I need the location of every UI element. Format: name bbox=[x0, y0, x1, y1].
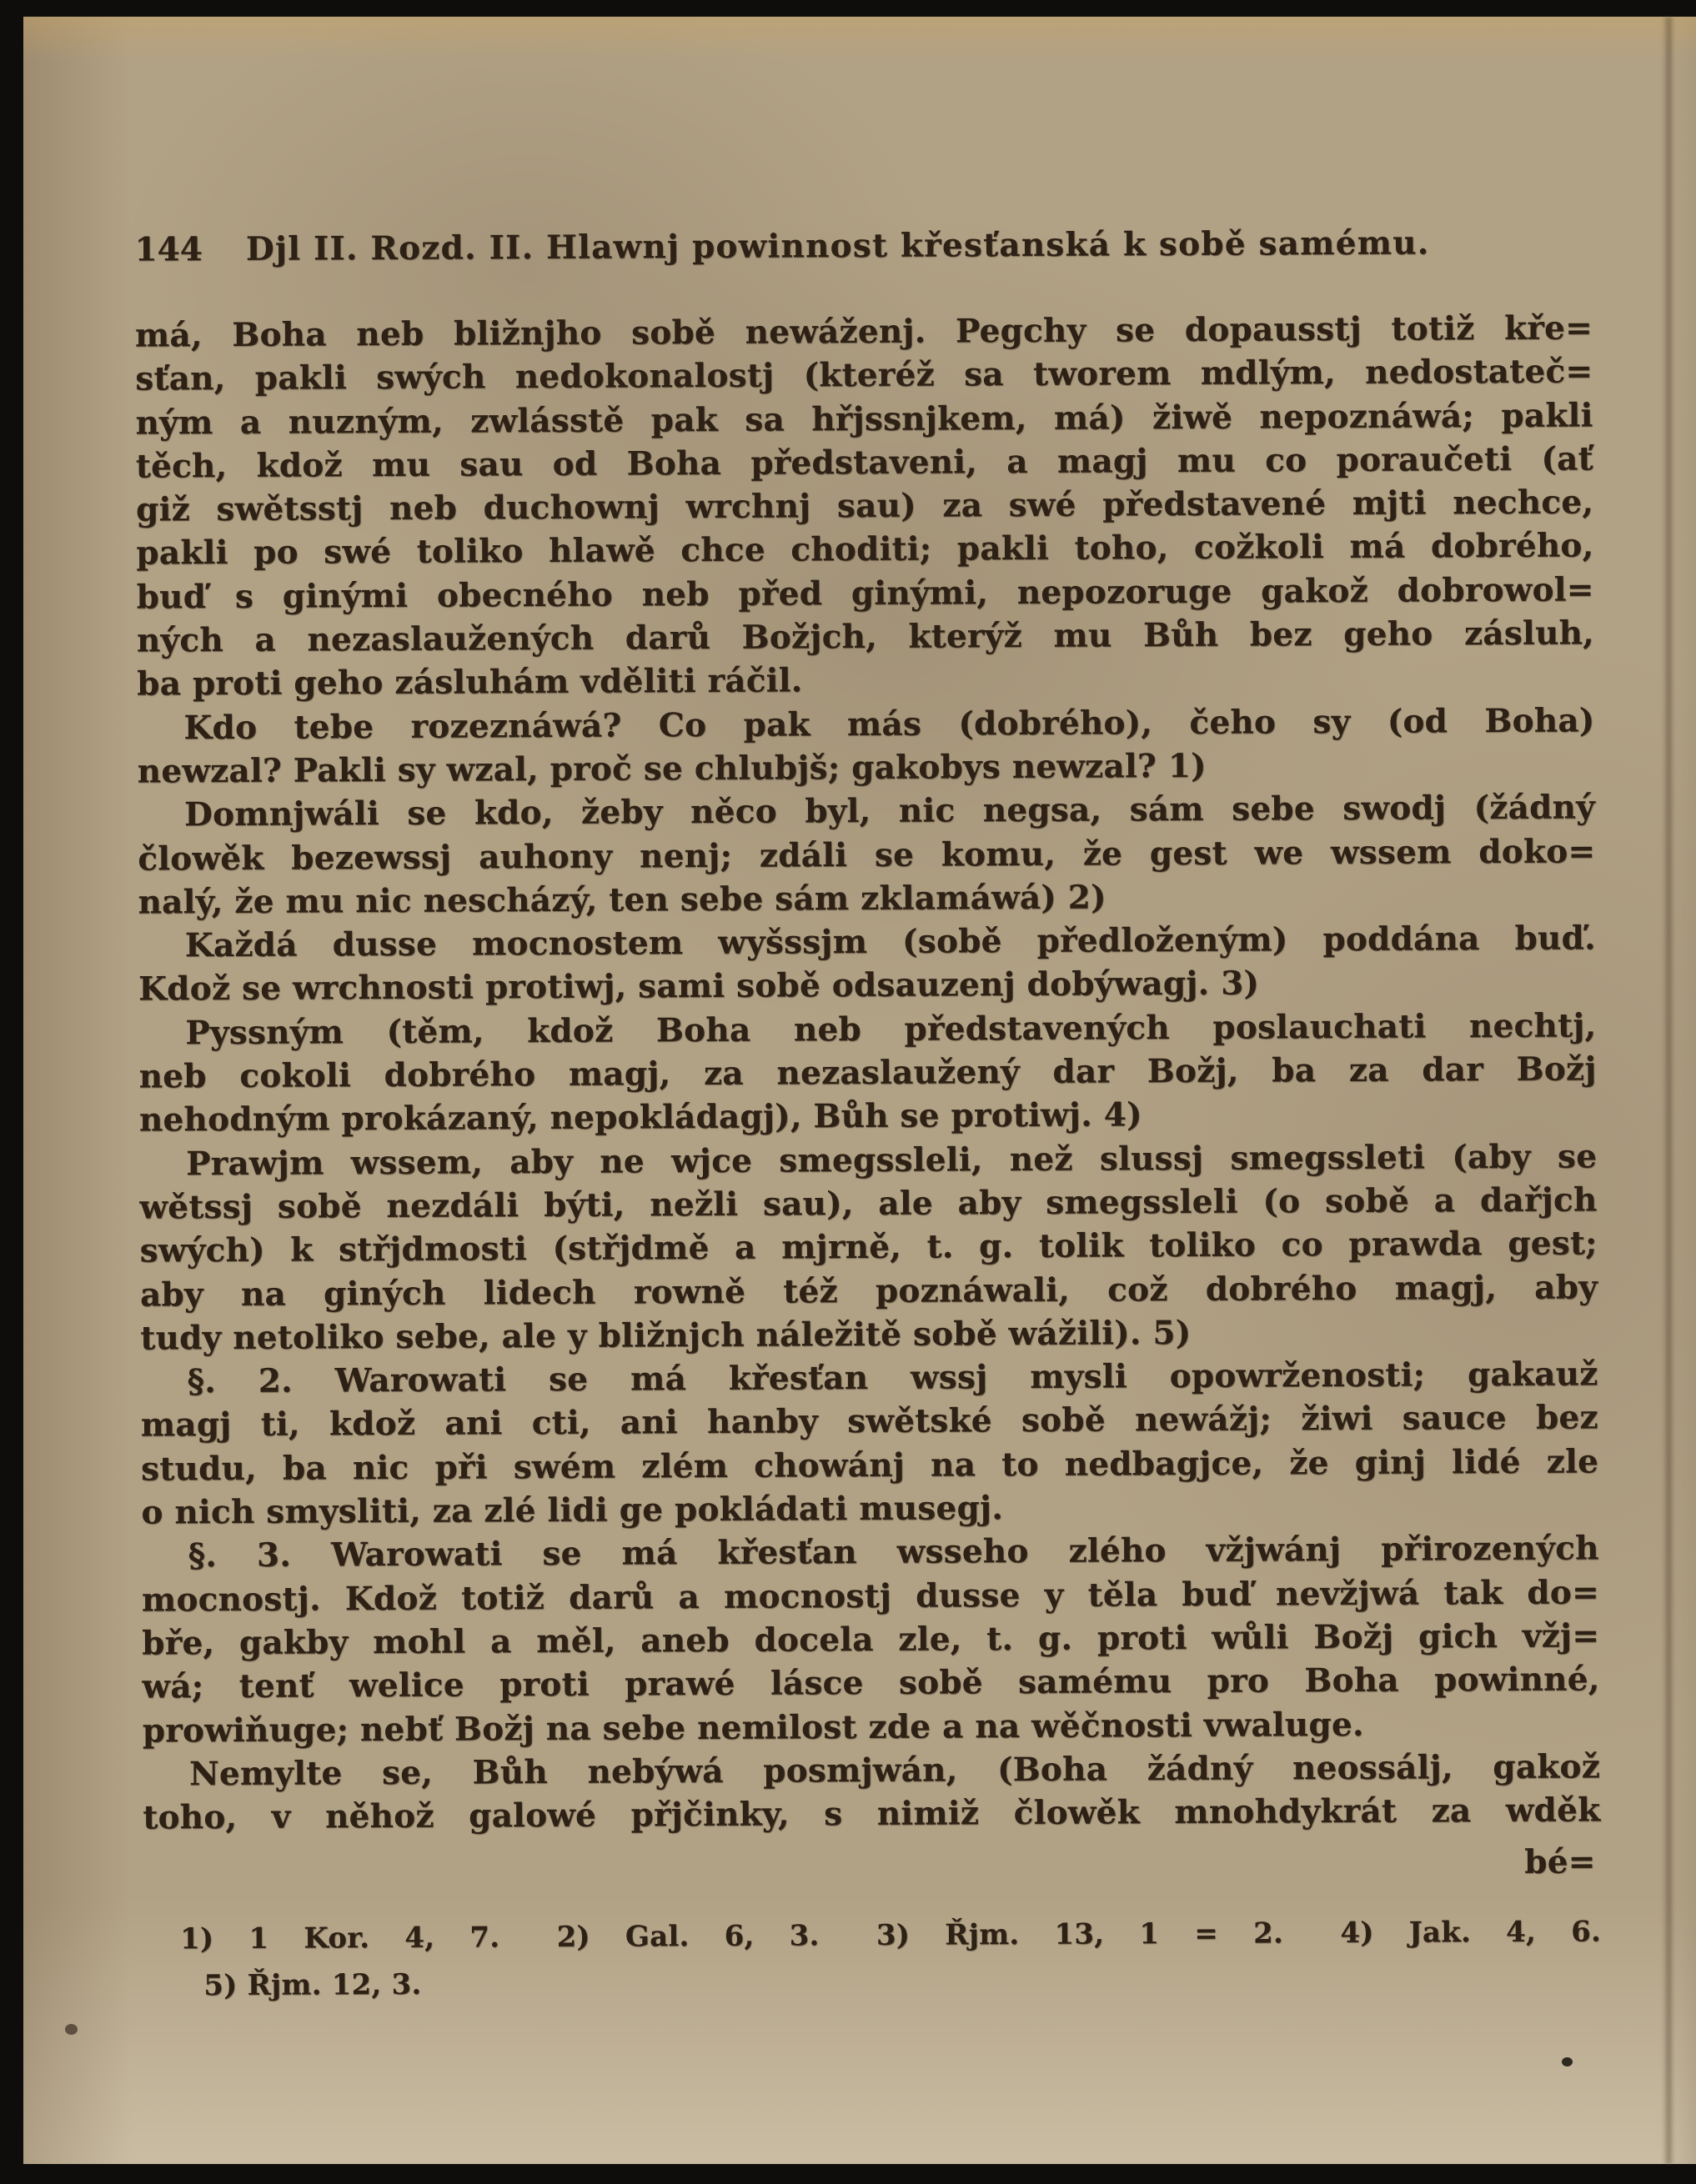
footnote-line: 1) 1 Kor. 4, 7. 2) Gal. 6, 3. 3) Řjm. 13… bbox=[143, 1909, 1601, 1963]
text-line: o nich smysliti, za zlé lidi ge pokládat… bbox=[141, 1483, 1598, 1534]
text-line: nehodným prokázaný, nepokládagj), Bůh se… bbox=[139, 1091, 1597, 1142]
running-header: 144 Djl II. Rozd. II. Hlawnj powinnost k… bbox=[134, 223, 1592, 268]
text-line: má, Boha neb bližnjho sobě newáženj. Peg… bbox=[135, 306, 1593, 357]
text-line: prowiňuge; nebť Božj na sebe nemilost zd… bbox=[143, 1701, 1600, 1752]
footnote-line: 5) Řjm. 12, 3. bbox=[143, 1956, 1601, 2010]
text-line: magj ti, kdož ani cti, ani hanby swětské… bbox=[141, 1396, 1598, 1447]
text-line: swých) k střjdmosti (střjdmě a mjrně, t.… bbox=[140, 1222, 1598, 1273]
text-line: §. 2. Warowati se má křesťan wssj mysli … bbox=[140, 1353, 1598, 1404]
text-block: má, Boha neb bližnjho sobě newáženj. Peg… bbox=[135, 306, 1602, 2010]
text-line: Kdo tebe rozeznáwá? Co pak más (dobrého)… bbox=[137, 699, 1594, 749]
text-line: wá; tenť welice proti prawé lásce sobě s… bbox=[142, 1658, 1599, 1709]
page-number: 144 bbox=[134, 230, 203, 268]
text-line: studu, ba nic při swém zlém chowánj na t… bbox=[141, 1440, 1598, 1490]
text-line: sťan, pakli swých nedokonalostj (kteréž … bbox=[135, 350, 1593, 401]
running-header-title: Djl II. Rozd. II. Hlawnj powinnost křesť… bbox=[246, 223, 1430, 268]
text-line: ných a nezaslaužených darů Božjch, který… bbox=[137, 611, 1594, 662]
text-line: Kdož se wrchnosti protiwj, sami sobě ods… bbox=[138, 960, 1596, 1011]
text-line: člowěk bezewssj auhony nenj; zdáli se ko… bbox=[138, 829, 1595, 880]
text-line: toho, v něhož galowé přjčinky, s nimiž č… bbox=[143, 1788, 1600, 1839]
footnotes: 1) 1 Kor. 4, 7. 2) Gal. 6, 3. 3) Řjm. 13… bbox=[143, 1909, 1602, 2010]
text-line: wětssj sobě nezdáli býti, nežli sau), al… bbox=[139, 1178, 1597, 1229]
text-line: těch, kdož mu sau od Boha představeni, a… bbox=[136, 437, 1593, 488]
text-line: tudy netoliko sebe, ale y bližnjch nálež… bbox=[140, 1309, 1598, 1360]
text-line: giž swětsstj neb duchownj wrchnj sau) za… bbox=[136, 481, 1593, 532]
page-content: 144 Djl II. Rozd. II. Hlawnj powinnost k… bbox=[23, 13, 1696, 2168]
text-line: aby na giných lidech rowně též poznáwali… bbox=[140, 1265, 1598, 1316]
text-line: Prawjm wssem, aby ne wjce smegssleli, ne… bbox=[139, 1135, 1597, 1185]
text-line: buď s ginými obecného neb před ginými, n… bbox=[136, 568, 1593, 619]
catchword: bé= bbox=[143, 1841, 1600, 1891]
text-line: ba proti geho zásluhám vděliti ráčil. bbox=[137, 655, 1594, 706]
text-line: §. 3. Warowati se má křesťan wsseho zléh… bbox=[142, 1527, 1599, 1578]
text-line: ným a nuzným, zwlásstě pak sa hřjssnjkem… bbox=[135, 393, 1593, 444]
text-line: mocnostj. Kdož totiž darů a mocnostj dus… bbox=[142, 1570, 1599, 1621]
text-line: pakli po swé toliko hlawě chce choditi; … bbox=[136, 524, 1593, 575]
paper-page: 144 Djl II. Rozd. II. Hlawnj powinnost k… bbox=[23, 17, 1696, 2164]
text-line: Nemylte se, Bůh nebýwá posmjwán, (Boha ž… bbox=[143, 1745, 1600, 1796]
text-line: Každá dusse mocnostem wyšssjm (sobě před… bbox=[138, 917, 1596, 968]
text-line: Pyssným (těm, kdož Boha neb představenýc… bbox=[138, 1004, 1596, 1054]
scanned-book-page: { "document": { "page_number": "144", "r… bbox=[0, 0, 1696, 2184]
text-line: bře, gakby mohl a měl, aneb docela zle, … bbox=[142, 1614, 1599, 1665]
body-lines: má, Boha neb bližnjho sobě newáženj. Peg… bbox=[135, 306, 1601, 1840]
text-line: newzal? Pakli sy wzal, proč se chlubjš; … bbox=[138, 742, 1595, 793]
text-line: neb cokoli dobrého magj, za nezaslaužený… bbox=[139, 1047, 1597, 1098]
text-line: nalý, že mu nic nescházý, ten sebe sám z… bbox=[138, 873, 1595, 924]
text-line: Domnjwáli se kdo, žeby něco byl, nic neg… bbox=[138, 786, 1595, 837]
